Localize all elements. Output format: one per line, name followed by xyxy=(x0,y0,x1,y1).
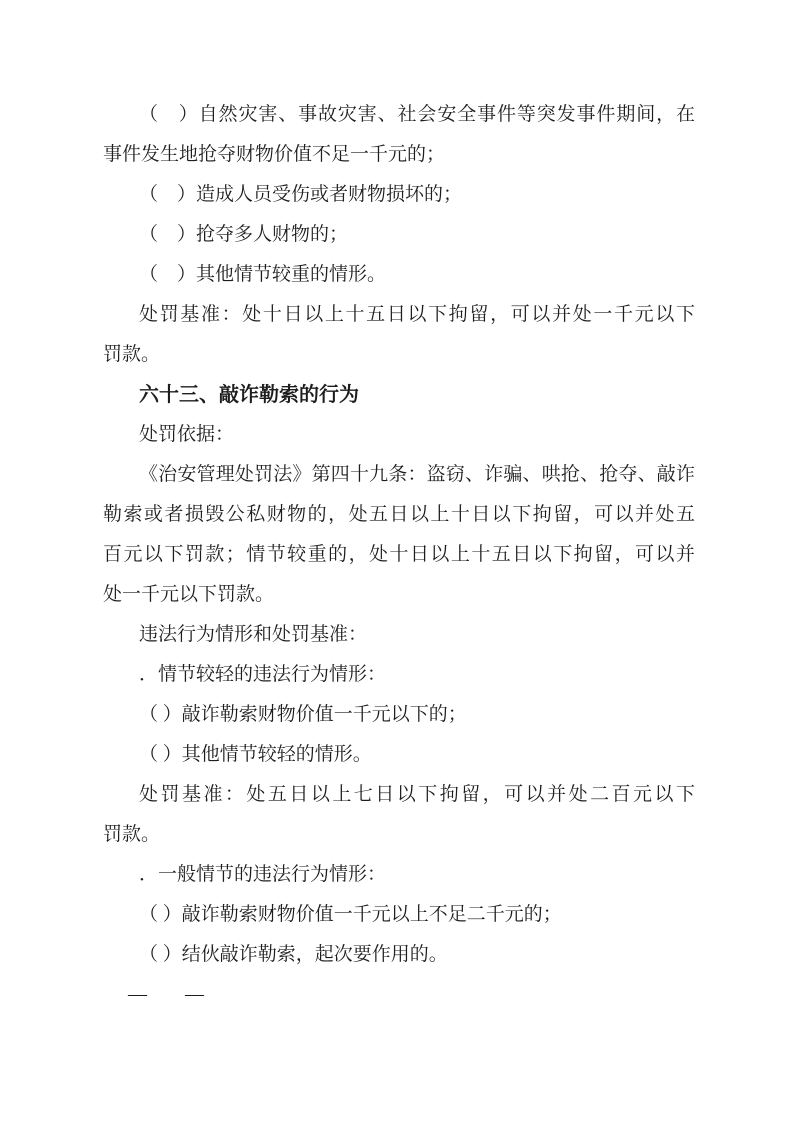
text-line: （ ）自然灾害、事故灾害、社会安全事件等突发事件期间，在 xyxy=(103,95,695,135)
text-line: ．情节较轻的违法行为情形： xyxy=(103,655,695,695)
text-line: 《治安管理处罚法》第四十九条：盗窃、诈骗、哄抢、抢夺、敲诈 xyxy=(103,455,695,495)
list-item-paragraph: （ ）其他情节较重的情形。 xyxy=(103,255,695,295)
text-line: （ ）抢夺多人财物的； xyxy=(103,215,695,255)
text-line: （ ）其他情节较重的情形。 xyxy=(103,255,695,295)
text-line: （ ）敲诈勒索财物价值一千元以下的； xyxy=(103,695,695,735)
list-item-paragraph: （ ）造成人员受伤或者财物损坏的； xyxy=(103,175,695,215)
list-item-paragraph: （ ）敲诈勒索财物价值一千元以上不足二千元的； xyxy=(103,895,695,935)
list-item-paragraph: （ ）抢夺多人财物的； xyxy=(103,215,695,255)
text-line: 勒索或者损毁公私财物的，处五日以上十日以下拘留，可以并处五 xyxy=(103,495,695,535)
body-paragraph: 违法行为情形和处罚基准： xyxy=(103,615,695,655)
document-body: （ ）自然灾害、事故灾害、社会安全事件等突发事件期间，在事件发生地抢夺财物价值不… xyxy=(103,95,695,975)
list-item-paragraph: （ ）其他情节较轻的情形。 xyxy=(103,735,695,775)
section-heading: 六十三、敲诈勒索的行为 xyxy=(103,375,695,415)
body-paragraph: ．一般情节的违法行为情形： xyxy=(103,855,695,895)
document-page: （ ）自然灾害、事故灾害、社会安全事件等突发事件期间，在事件发生地抢夺财物价值不… xyxy=(0,0,793,1122)
text-line: 处罚依据： xyxy=(103,415,695,455)
text-line: （ ）造成人员受伤或者财物损坏的； xyxy=(103,175,695,215)
text-line: 罚款。 xyxy=(103,335,695,375)
text-line: （ ）敲诈勒索财物价值一千元以上不足二千元的； xyxy=(103,895,695,935)
text-line: 违法行为情形和处罚基准： xyxy=(103,615,695,655)
text-line: 处罚基准：处十日以上十五日以下拘留，可以并处一千元以下 xyxy=(103,295,695,335)
text-line: 罚款。 xyxy=(103,815,695,855)
body-paragraph: ．情节较轻的违法行为情形： xyxy=(103,655,695,695)
body-paragraph: 处罚依据： xyxy=(103,415,695,455)
list-item-paragraph: （ ）敲诈勒索财物价值一千元以下的； xyxy=(103,695,695,735)
text-line: 百元以下罚款；情节较重的，处十日以上十五日以下拘留，可以并 xyxy=(103,535,695,575)
list-item-paragraph: （ ）自然灾害、事故灾害、社会安全事件等突发事件期间，在事件发生地抢夺财物价值不… xyxy=(103,95,695,175)
page-footer: — — xyxy=(103,975,695,1015)
body-paragraph: 处罚基准：处五日以上七日以下拘留，可以并处二百元以下罚款。 xyxy=(103,775,695,855)
text-line: （ ）结伙敲诈勒索，起次要作用的。 xyxy=(103,935,695,975)
text-line: 处一千元以下罚款。 xyxy=(103,575,695,615)
page-number-dashes: — — xyxy=(128,984,204,1005)
list-item-paragraph: （ ）结伙敲诈勒索，起次要作用的。 xyxy=(103,935,695,975)
text-line: 六十三、敲诈勒索的行为 xyxy=(103,375,695,415)
text-line: ．一般情节的违法行为情形： xyxy=(103,855,695,895)
text-line: 处罚基准：处五日以上七日以下拘留，可以并处二百元以下 xyxy=(103,775,695,815)
body-paragraph: 处罚基准：处十日以上十五日以下拘留，可以并处一千元以下罚款。 xyxy=(103,295,695,375)
body-paragraph: 《治安管理处罚法》第四十九条：盗窃、诈骗、哄抢、抢夺、敲诈勒索或者损毁公私财物的… xyxy=(103,455,695,615)
text-line: （ ）其他情节较轻的情形。 xyxy=(103,735,695,775)
text-line: 事件发生地抢夺财物价值不足一千元的； xyxy=(103,135,695,175)
